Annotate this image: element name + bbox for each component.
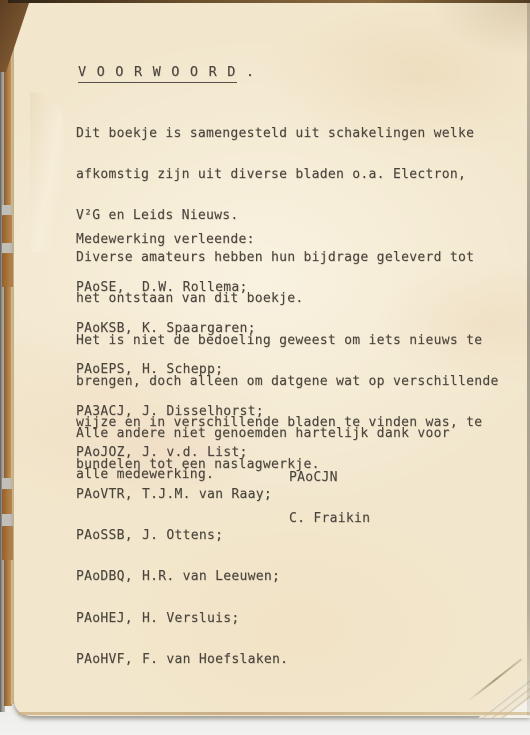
contributor-callsign: PAoSSB,: [76, 529, 142, 543]
contributor-row: PAoHVF,F. van Hoefslaken.: [76, 653, 288, 667]
title-text: V O O R W O O R D: [78, 66, 237, 83]
contributor-name: D.W. Rollema;: [142, 280, 248, 295]
contributor-name: J. Ottens;: [142, 528, 223, 543]
scanned-page: V O O R W O O R D . Dit boekje is sameng…: [14, 2, 530, 716]
closing-paragraph: Alle andere niet genoemden hartelijk dan…: [76, 399, 450, 509]
page-title: V O O R W O O R D .: [78, 66, 255, 83]
contributor-name: K. Spaargaren;: [142, 321, 256, 336]
intro-line: Dit boekje is samengesteld uit schakelin…: [76, 127, 499, 141]
contributor-row: PAoSSB,J. Ottens;: [76, 529, 288, 543]
closing-line: alle medewerking.: [76, 468, 450, 482]
book-top-edge: [8, 0, 530, 3]
page-edge-tab: [2, 489, 12, 516]
contributor-row: PAoDBQ,H.R. van Leeuwen;: [76, 570, 288, 584]
page-edge-tab: [2, 526, 13, 560]
contributor-callsign: PAoEPS,: [76, 363, 142, 377]
signature-name: C. Fraikin: [289, 512, 370, 526]
contributor-name: H. Versluis;: [142, 611, 240, 626]
contributor-row: PAoSE,D.W. Rollema;: [76, 281, 288, 295]
contributor-callsign: PAoKSB,: [76, 322, 142, 336]
intro-line: afkomstig zijn uit diverse bladen o.a. E…: [76, 168, 499, 182]
page-bottom-edge: [18, 712, 530, 715]
intro-line: V²G en Leids Nieuws.: [76, 209, 499, 223]
contributor-callsign: PAoDBQ,: [76, 570, 142, 584]
contributor-row: PAoKSB,K. Spaargaren;: [76, 322, 288, 336]
signature-callsign: PAoCJN: [289, 471, 370, 485]
signature-block: PAoCJN C. Fraikin: [289, 443, 370, 553]
title-period: .: [237, 64, 256, 80]
closing-line: Alle andere niet genoemden hartelijk dan…: [76, 427, 450, 441]
contributor-name: F. van Hoefslaken.: [142, 652, 288, 667]
contributor-name: H.R. van Leeuwen;: [142, 569, 280, 584]
contributor-callsign: PAoHVF,: [76, 653, 142, 667]
contributor-row: PAoEPS,H. Schepp;: [76, 363, 288, 377]
contributor-name: H. Schepp;: [142, 362, 223, 377]
contributor-callsign: PAoHEJ,: [76, 612, 142, 626]
contributors-heading: Medewerking verleende:: [76, 233, 255, 247]
paper-crease: [30, 92, 64, 252]
page-edge-tab: [2, 253, 13, 287]
contributor-callsign: PAoSE,: [76, 281, 142, 295]
contributor-row: PAoHEJ,H. Versluis;: [76, 612, 288, 626]
page-edge-tab: [2, 215, 12, 245]
